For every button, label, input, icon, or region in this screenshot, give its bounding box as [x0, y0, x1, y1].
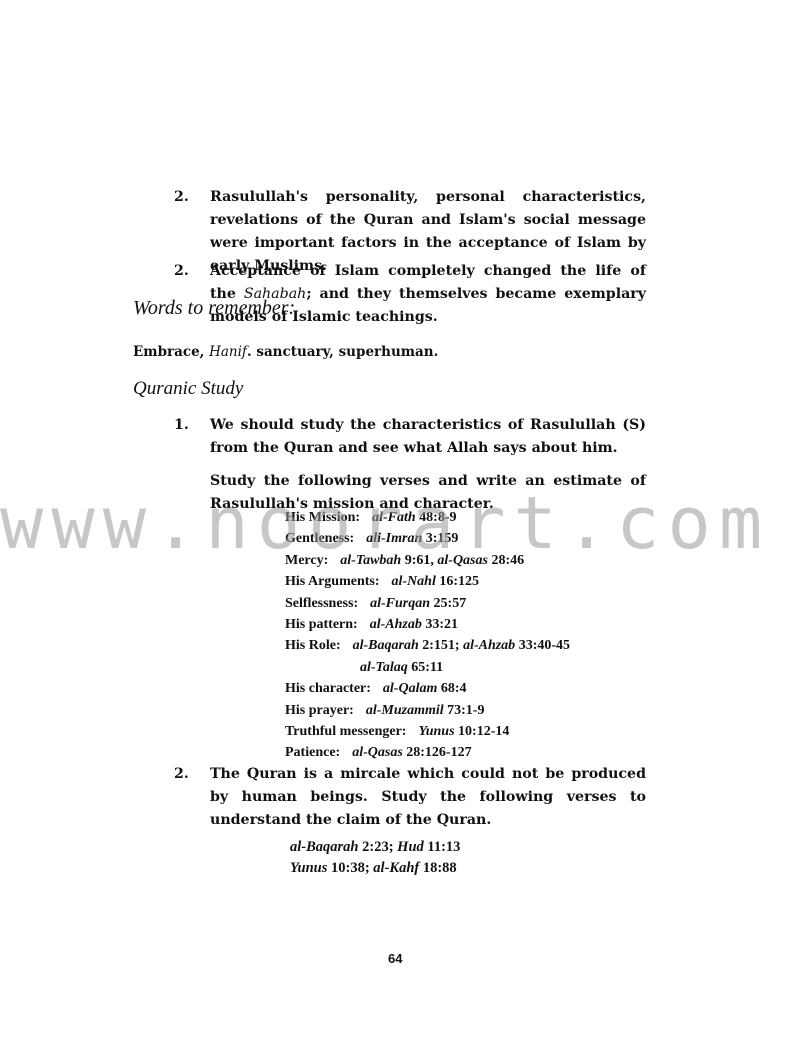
verse-reference: al-Muzammil: [366, 703, 444, 718]
verse-number: 10:12-14: [458, 724, 509, 739]
verse-row: His pattern:al-Ahzab 33:21: [285, 614, 570, 635]
verse-row: Truthful messenger:Yunus 10:12-14: [285, 721, 570, 742]
page-number: 64: [388, 951, 402, 966]
verse-reference: Yunus: [290, 860, 327, 876]
verse-reference: al-Baqarah: [353, 638, 419, 653]
verse-reference: ali-Imran: [366, 531, 422, 546]
verse-reference: al-Tawbah: [340, 553, 401, 568]
verse-row: Selflessness:al-Furqan 25:57: [285, 593, 570, 614]
verse-number: 48:8-9: [419, 510, 456, 525]
verse-label: His character:: [285, 681, 371, 696]
verse-row: Gentleness:ali-Imran 3:159: [285, 528, 570, 549]
verse-reference: al-Furqan: [370, 596, 430, 611]
verse-number: 28:46: [491, 553, 524, 568]
verse-number: 28:126-127: [406, 745, 471, 760]
verse-number: 33:21: [425, 617, 458, 632]
verse-number: 3:159: [426, 531, 459, 546]
verse-reference: al-Baqarah: [290, 839, 359, 855]
claim-verse-list: al-Baqarah 2:23; Hud 11:13Yunus 10:38; a…: [290, 837, 460, 879]
list-text: We should study the characteristics of R…: [210, 414, 646, 460]
verse-number: 68:4: [441, 681, 467, 696]
verse-number: 65:11: [411, 660, 443, 675]
claim-verse-row: Yunus 10:38; al-Kahf 18:88: [290, 858, 460, 879]
verse-label: His pattern:: [285, 617, 358, 632]
document-page: 2. Rasulullah's personality, personal ch…: [0, 0, 800, 1044]
list-number: 2.: [174, 763, 202, 786]
verse-reference: al-Qasas: [437, 553, 488, 568]
verse-reference: al-Ahzab: [370, 617, 422, 632]
verse-row: al-Talaq 65:11: [285, 657, 570, 678]
list-text: The Quran is a mircale which could not b…: [210, 763, 646, 832]
verse-reference: al-Nahl: [392, 574, 436, 589]
verse-label: His Arguments:: [285, 574, 380, 589]
words-heading: Words to remember:: [133, 297, 295, 320]
verse-reference: al-Qasas: [352, 745, 403, 760]
verse-label: His prayer:: [285, 703, 354, 718]
verse-number: 2:151;: [422, 638, 459, 653]
verse-number: 11:13: [427, 839, 460, 855]
verse-reference: al-Qalam: [383, 681, 437, 696]
verse-reference: Hud: [397, 839, 424, 855]
claim-verse-row: al-Baqarah 2:23; Hud 11:13: [290, 837, 460, 858]
verse-number: 10:38;: [331, 860, 370, 876]
verse-row: Mercy:al-Tawbah 9:61, al-Qasas 28:46: [285, 550, 570, 571]
verse-list: His Mission:al-Fath 48:8-9Gentleness:ali…: [285, 507, 570, 764]
verse-row: His character:al-Qalam 68:4: [285, 678, 570, 699]
verse-number: 25:57: [434, 596, 467, 611]
list-number: 1.: [174, 414, 202, 437]
verse-label: His Role:: [285, 638, 341, 653]
verse-reference: Yunus: [418, 724, 454, 739]
verse-row: His prayer:al-Muzammil 73:1-9: [285, 700, 570, 721]
verse-reference: al-Kahf: [373, 860, 419, 876]
verse-label: Mercy:: [285, 553, 328, 568]
quranic-study-heading: Quranic Study: [133, 378, 243, 400]
verse-reference: al-Ahzab: [463, 638, 515, 653]
verse-row: His Role:al-Baqarah 2:151; al-Ahzab 33:4…: [285, 635, 570, 656]
verse-reference: al-Talaq: [360, 660, 408, 675]
verse-row: His Mission:al-Fath 48:8-9: [285, 507, 570, 528]
study-item-1: 1. We should study the characteristics o…: [174, 414, 646, 516]
verse-number: 18:88: [423, 860, 457, 876]
verse-label: Patience:: [285, 745, 340, 760]
verse-label: Selflessness:: [285, 596, 358, 611]
verse-number: 16:125: [439, 574, 479, 589]
verse-label: Gentleness:: [285, 531, 354, 546]
verse-number: 33:40-45: [519, 638, 570, 653]
verse-number: 73:1-9: [447, 703, 484, 718]
words-list: Embrace, Hanif. sanctuary, superhuman.: [133, 344, 438, 360]
list-number: 2.: [174, 186, 202, 209]
study-item-2: 2. The Quran is a mircale which could no…: [174, 763, 646, 832]
list-number: 2.: [174, 260, 202, 283]
verse-reference: al-Fath: [372, 510, 416, 525]
verse-row: Patience:al-Qasas 28:126-127: [285, 742, 570, 763]
verse-number: 2:23;: [362, 839, 393, 855]
verse-label: Truthful messenger:: [285, 724, 406, 739]
verse-row: His Arguments:al-Nahl 16:125: [285, 571, 570, 592]
verse-number: 9:61,: [405, 553, 434, 568]
verse-label: His Mission:: [285, 510, 360, 525]
